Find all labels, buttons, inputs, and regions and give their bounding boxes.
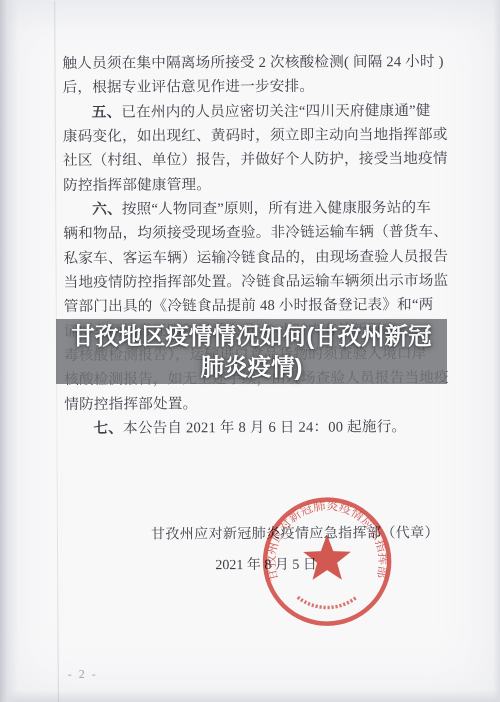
document-line: 防控指挥部健康管理。 (63, 172, 451, 198)
document-line: 六、按照“人物同查”原则，所有进入健康服务站的车 (63, 196, 451, 222)
document-line: 辆和物品，均须接受现场查验。非冷链运输车辆（普货车、 (63, 220, 451, 246)
line-text: 私家车、客运车辆）运输冷链食品的，由现场查验人员报告 (63, 249, 448, 267)
document-photo: 触人员须在集中隔离场所接受 2 次核酸检测( 间隔 24 小时 ) 后，根据专业… (0, 0, 500, 702)
line-text: 按照“人物同查”原则，所有进入健康服务站的车 (122, 200, 431, 218)
item-number: 五、 (92, 104, 122, 120)
item-number: 六、 (92, 202, 122, 218)
overlay-title-line2: 肺炎疫情) (201, 352, 303, 383)
line-text: 情防控指挥部处置。 (64, 396, 197, 413)
document-line: 私家车、客运车辆）运输冷链食品的，由现场查验人员报告 (63, 245, 451, 271)
line-text: 后，根据专业评估意见作进一步安排。 (63, 79, 315, 96)
line-text: 触人员须在集中隔离场所接受 2 次核酸检测( 间隔 24 小时 ) (62, 54, 443, 72)
document-line: 情防控指挥部处置。 (64, 391, 452, 417)
document-line: 触人员须在集中隔离场所接受 2 次核酸检测( 间隔 24 小时 ) (62, 50, 450, 76)
seal-star-icon (303, 534, 351, 579)
line-text: 康码变化，如出现红、黄码时，须立即主动向当地指挥部或 (63, 127, 448, 145)
seal-bottom-marks (298, 597, 357, 608)
line-text: 已在州内的人员应密切关注“四川天府健康通”健 (121, 103, 430, 121)
document-line: 社区（村组、单位）报告，并做好个人防护，接受当地疫情 (63, 147, 451, 173)
overlay-title-line1: 甘孜地区疫情情况如何(甘孜州新冠 (71, 321, 431, 352)
line-text: 辆和物品，均须接受现场查验。非冷链运输车辆（普货车、 (63, 224, 448, 242)
official-seal: 甘孜州应对新冠肺炎疫情应急指挥部 (257, 491, 398, 632)
line-text: 防控指挥部健康管理。 (63, 177, 211, 194)
document-line: 康码变化，如出现红、黄码时，须立即主动向当地指挥部或 (63, 123, 451, 149)
document-line: 后，根据专业评估意见作进一步安排。 (63, 74, 451, 100)
title-overlay: 甘孜地区疫情情况如何(甘孜州新冠 肺炎疫情) (56, 319, 447, 384)
document-line: 七、本公告自 2021 年 8 月 6 日 24：00 起施行。 (64, 415, 452, 441)
line-text: 管部门出具的《冷链食品提前 48 小时报备登记表》和“两 (64, 297, 434, 315)
item-number: 七、 (93, 421, 123, 437)
page-number: - 2 - (68, 667, 98, 682)
line-text: 本公告自 2021 年 8 月 6 日 24：00 起施行。 (123, 419, 406, 436)
document-line: 当地疫情防控指挥部处置。冷链食品运输车辆须出示市场监 (64, 269, 452, 295)
line-text: 社区（村组、单位）报告，并做好个人防护，接受当地疫情 (63, 151, 448, 169)
line-text: 当地疫情防控指挥部处置。冷链食品运输车辆须出示市场监 (64, 273, 449, 291)
document-line: 五、已在州内的人员应密切关注“四川天府健康通”健 (63, 99, 451, 125)
document-line: 管部门出具的《冷链食品提前 48 小时报备登记表》和“两 (64, 293, 452, 319)
